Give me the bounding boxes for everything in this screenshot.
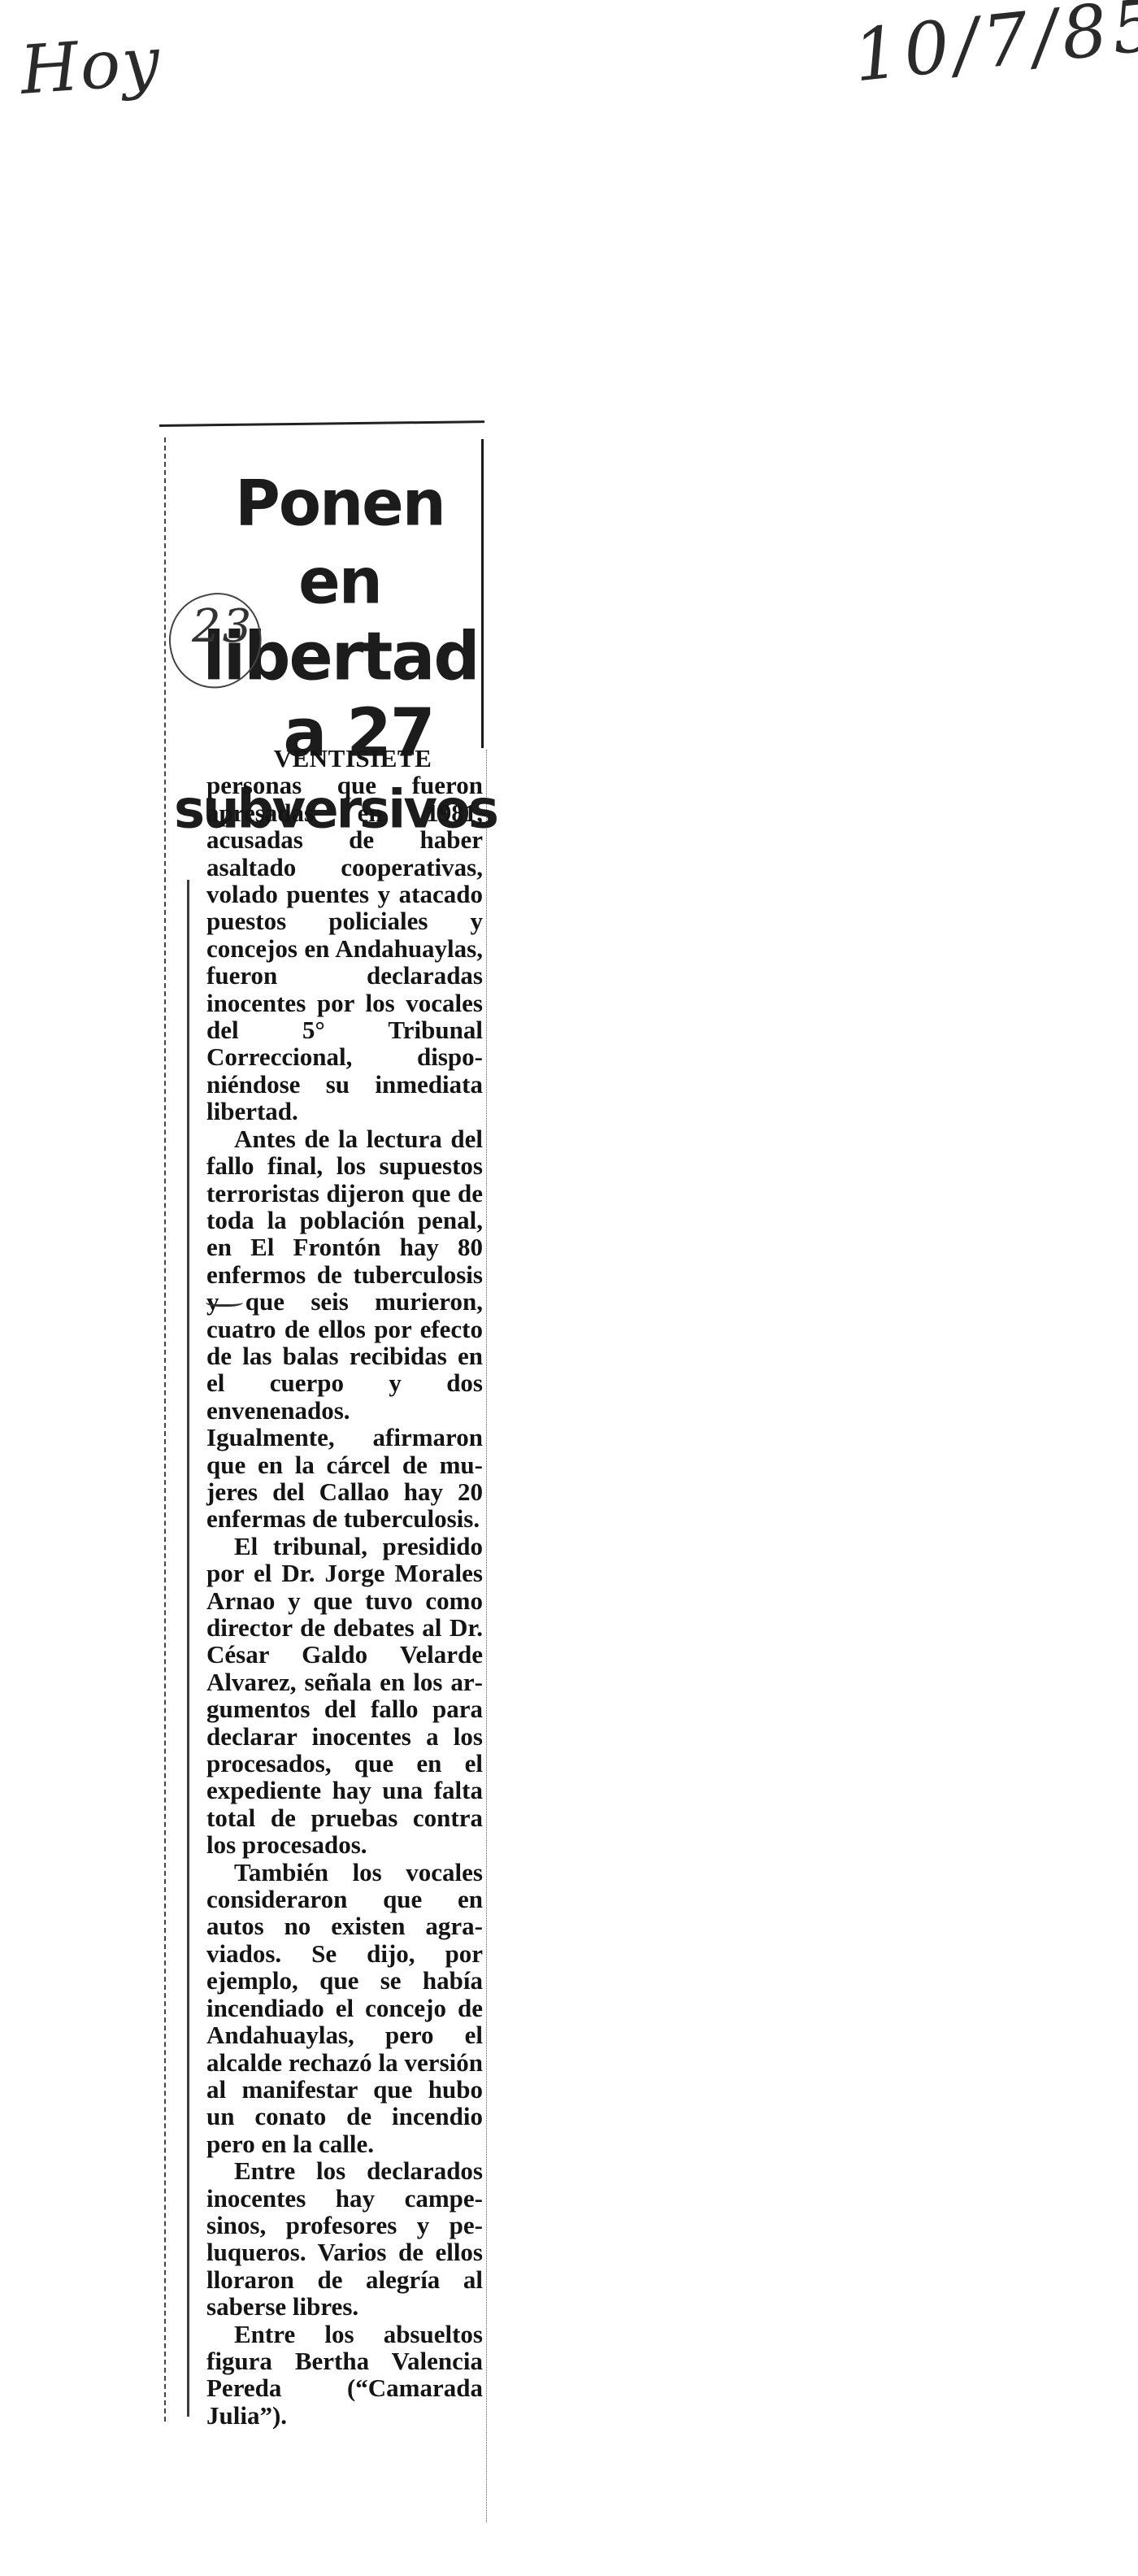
clipping-left-border <box>164 437 166 2422</box>
article-paragraph-5: Entre los declarados inocentes hay campe… <box>206 2157 483 2320</box>
article-paragraph-4: También los vocales consideraron que en … <box>206 1859 483 2157</box>
clipping-top-border <box>159 420 484 427</box>
paragraph-text: personas que fueron apresadas en 1981, a… <box>206 771 483 1125</box>
article-paragraph-3: El tribunal, presidi­do por el Dr. Jorge… <box>206 1533 483 1859</box>
lead-word: VENTISIETE <box>206 745 483 772</box>
article-paragraph-2: Antes de la lectura del fallo final, los… <box>206 1125 483 1533</box>
handwritten-source-note: Hoy <box>18 23 163 110</box>
handwritten-date-note: 10/7/85 <box>849 0 1138 98</box>
article-body: VENTISIETE personas que fueron apresadas… <box>206 745 483 2429</box>
article-paragraph-6: Entre los absueltos figura Bertha Valenc… <box>206 2321 483 2430</box>
handwritten-underline-mark <box>206 1296 243 1307</box>
article-paragraph-1: VENTISIETE personas que fueron apresadas… <box>206 745 483 1125</box>
handwritten-circled-number: 23 <box>192 600 253 653</box>
clipping-column-rule <box>187 880 189 2417</box>
clipping-right-edge <box>486 750 487 2522</box>
